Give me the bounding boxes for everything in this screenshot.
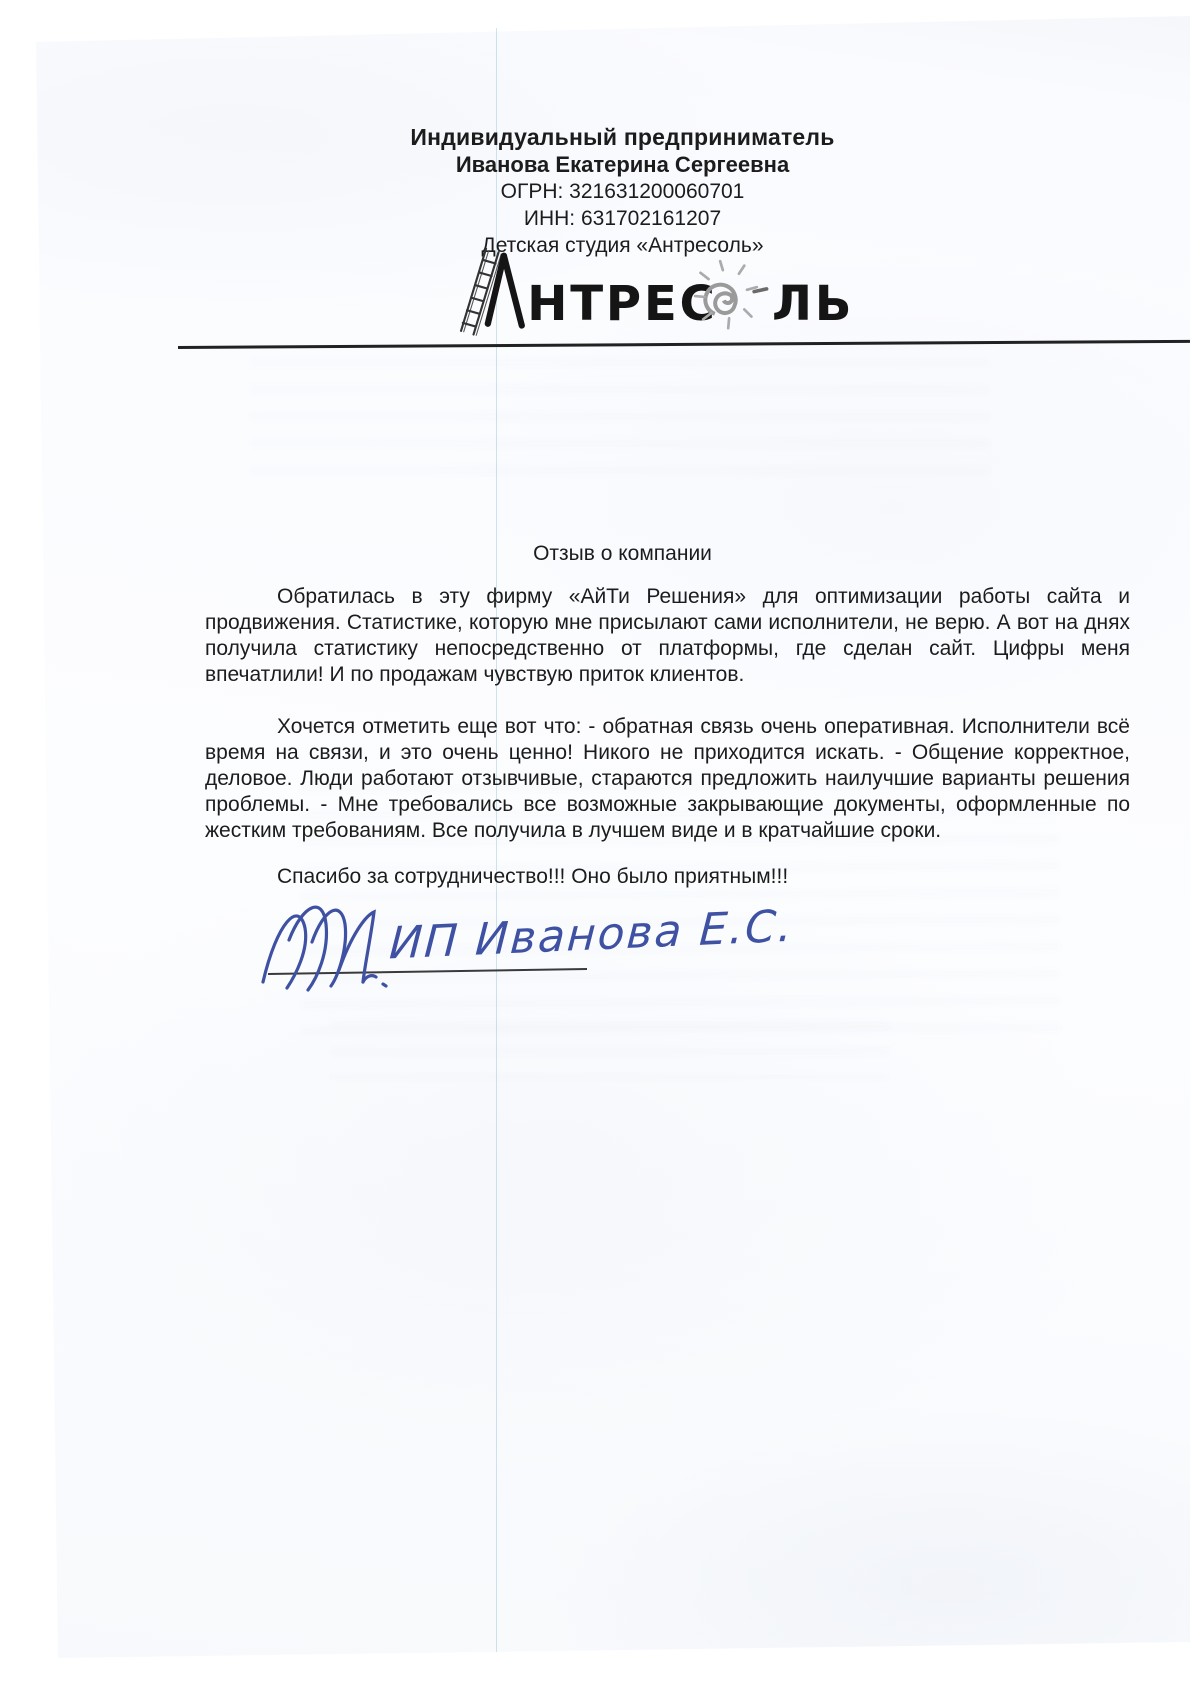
logo-dash-stroke (754, 289, 767, 292)
scanned-letter-page: Индивидуальный предприниматель Иванова Е… (0, 0, 1190, 1684)
antresol-logo: НТРЕС ЛЬ (436, 236, 856, 340)
ogrn-number: ОГРН: 321631200060701 (150, 178, 1095, 205)
signature-block: ИП Иванова Е.С. (245, 878, 785, 1013)
logo-text-l-soft: ЛЬ (772, 276, 854, 332)
logo-text-ntres: НТРЕС (527, 276, 717, 332)
inn-number: ИНН: 631702161207 (150, 205, 1095, 232)
review-title: Отзыв о компании (150, 542, 1095, 566)
signature-name: ИП Иванова Е.С. (388, 901, 795, 970)
logo-letter-a (488, 256, 522, 326)
review-paragraph: Хочется отметить еще вот что: - обратная… (205, 714, 1130, 844)
review-body: Обратилась в эту фирму «АйТи Решения» дл… (205, 584, 1130, 890)
review-paragraph: Обратилась в эту фирму «АйТи Решения» дл… (205, 584, 1130, 688)
signature-underline (268, 969, 587, 974)
signature-scrawl (263, 907, 386, 990)
entrepreneur-name: Иванова Екатерина Сергеевна (150, 151, 1095, 178)
sun-spiral-icon (695, 261, 757, 328)
entrepreneur-title: Индивидуальный предприниматель (150, 124, 1095, 151)
